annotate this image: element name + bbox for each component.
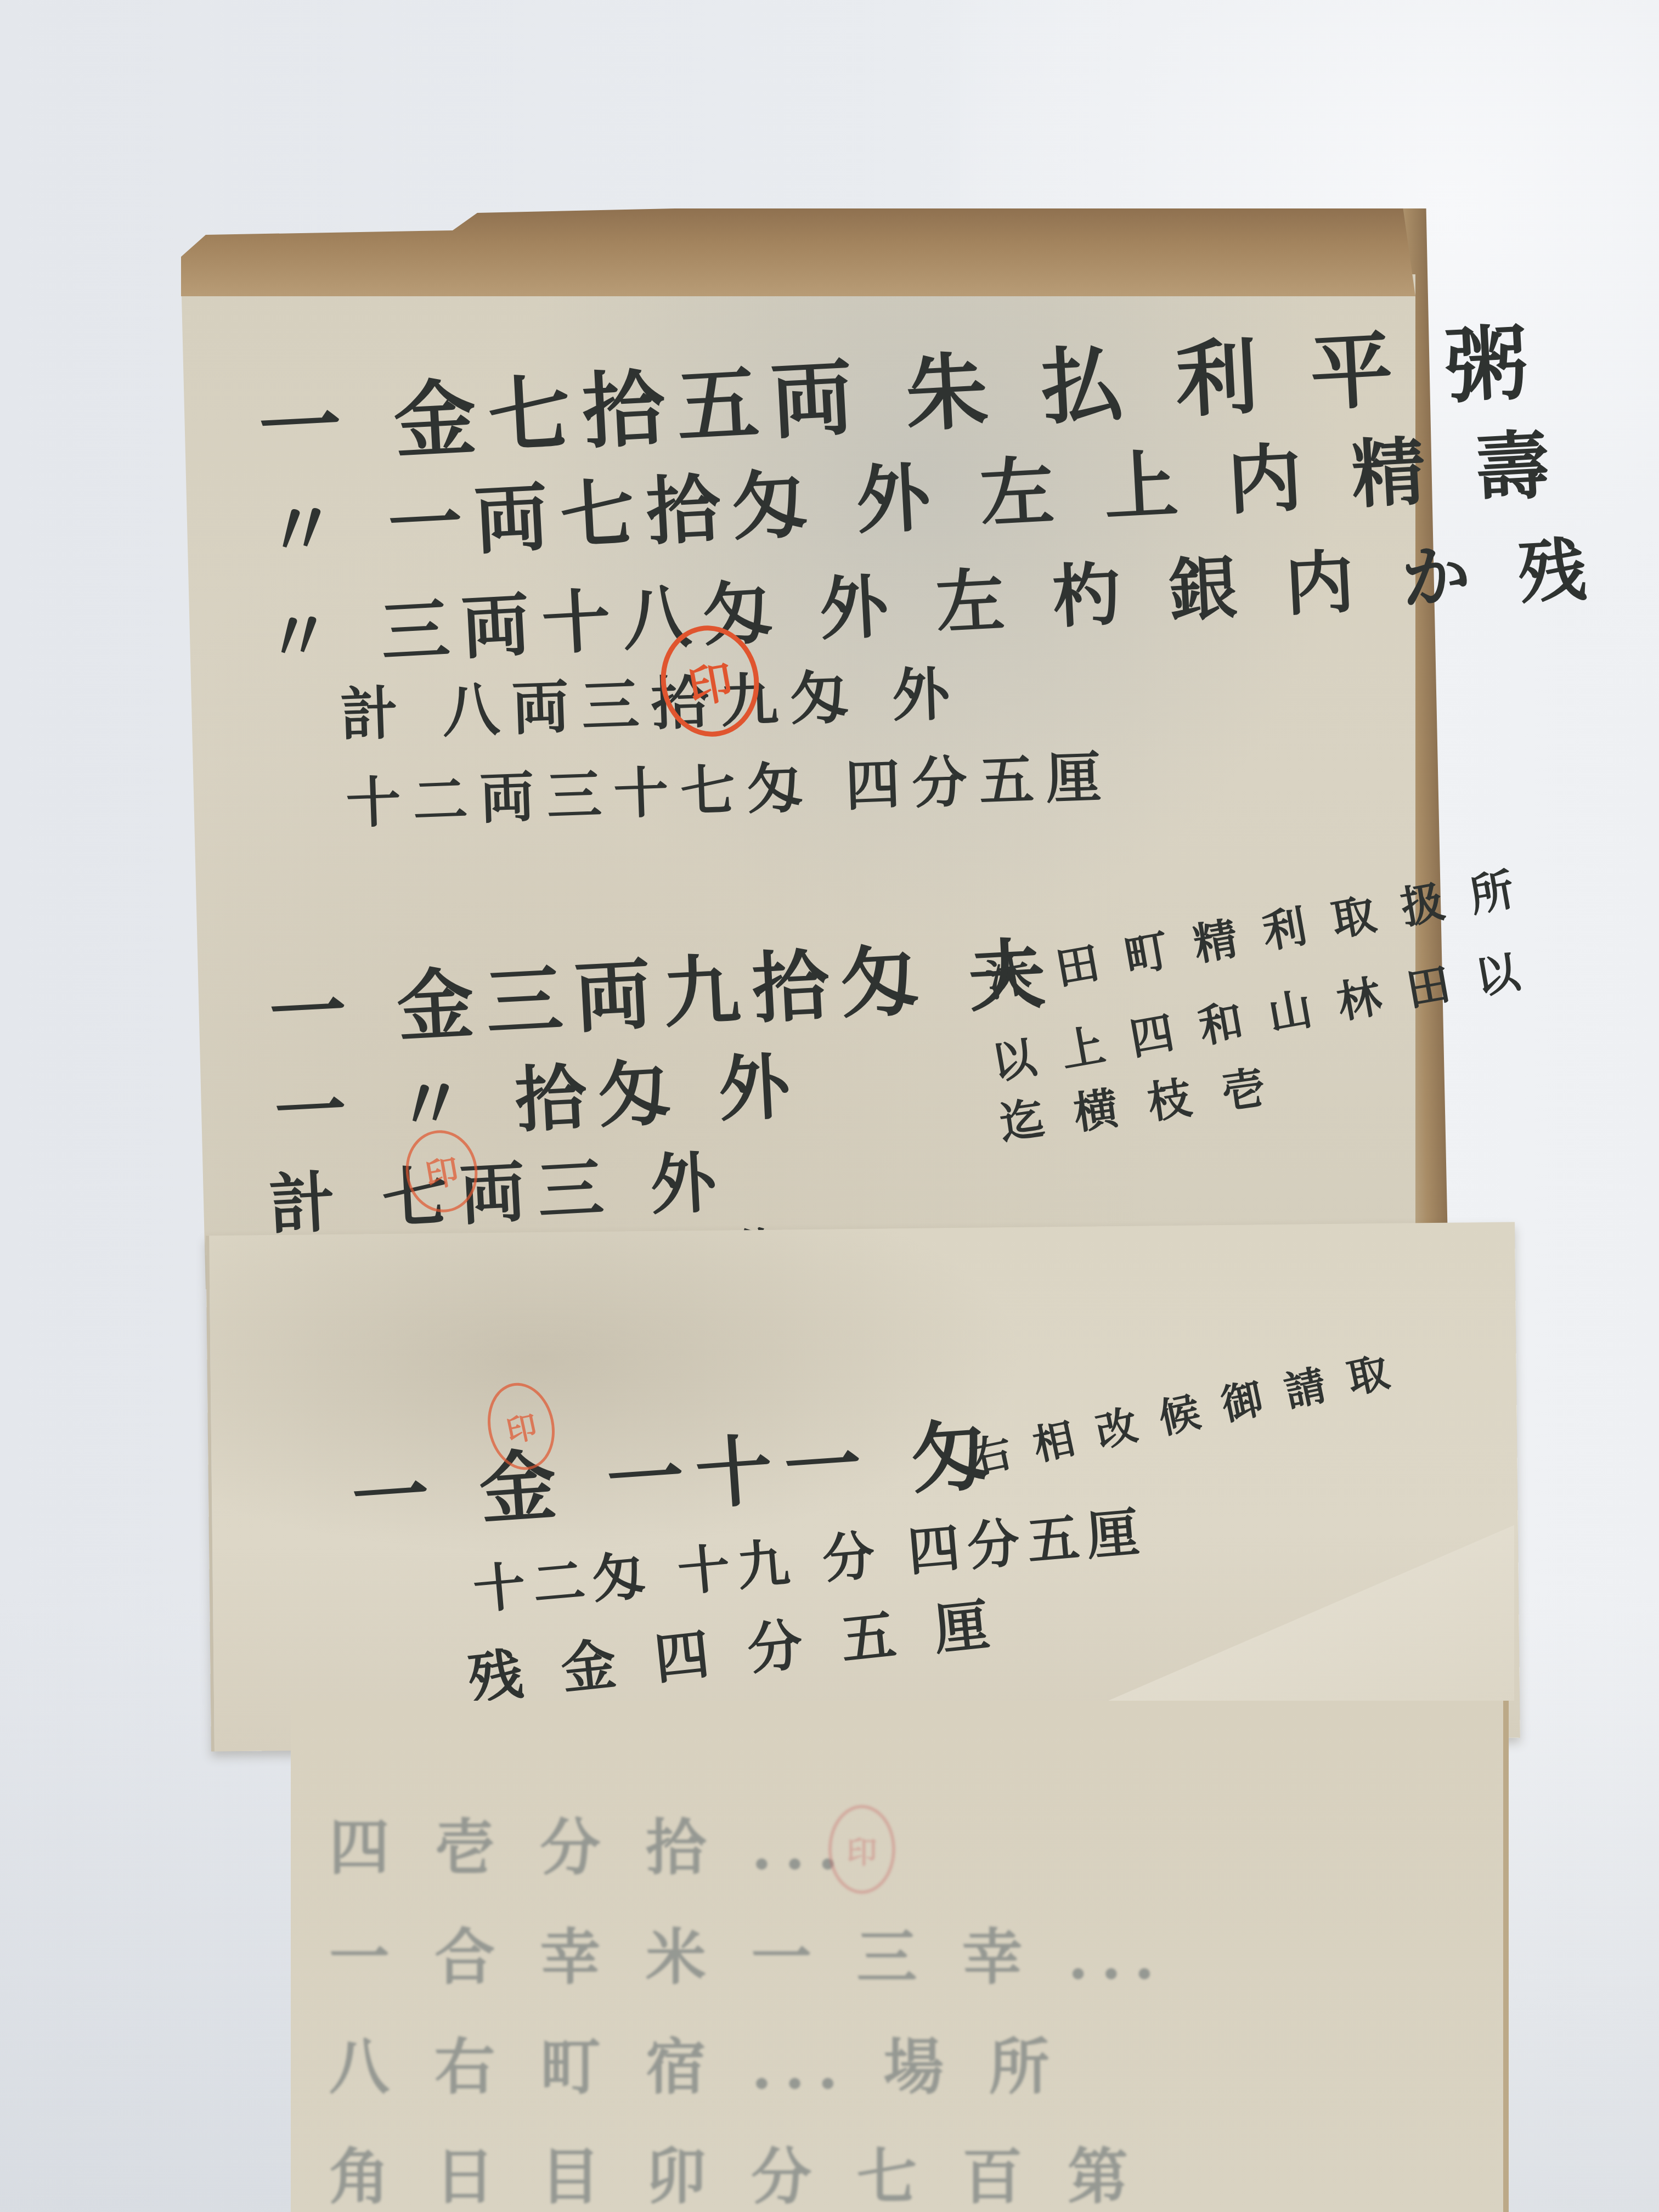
faded-line: 角 日 目 卯 分 七 百 第	[329, 2129, 1140, 2212]
book-top-edge	[181, 208, 1415, 296]
faded-line: 四 壱 分 拾 ...	[329, 1799, 850, 1886]
faded-line: 一 合 幸 米 一 三 幸 ...	[329, 1909, 1167, 1996]
faded-line: 八 右 町 宿 ... 場 所	[329, 2019, 1062, 2106]
seal-stamp: 印	[828, 1805, 895, 1894]
